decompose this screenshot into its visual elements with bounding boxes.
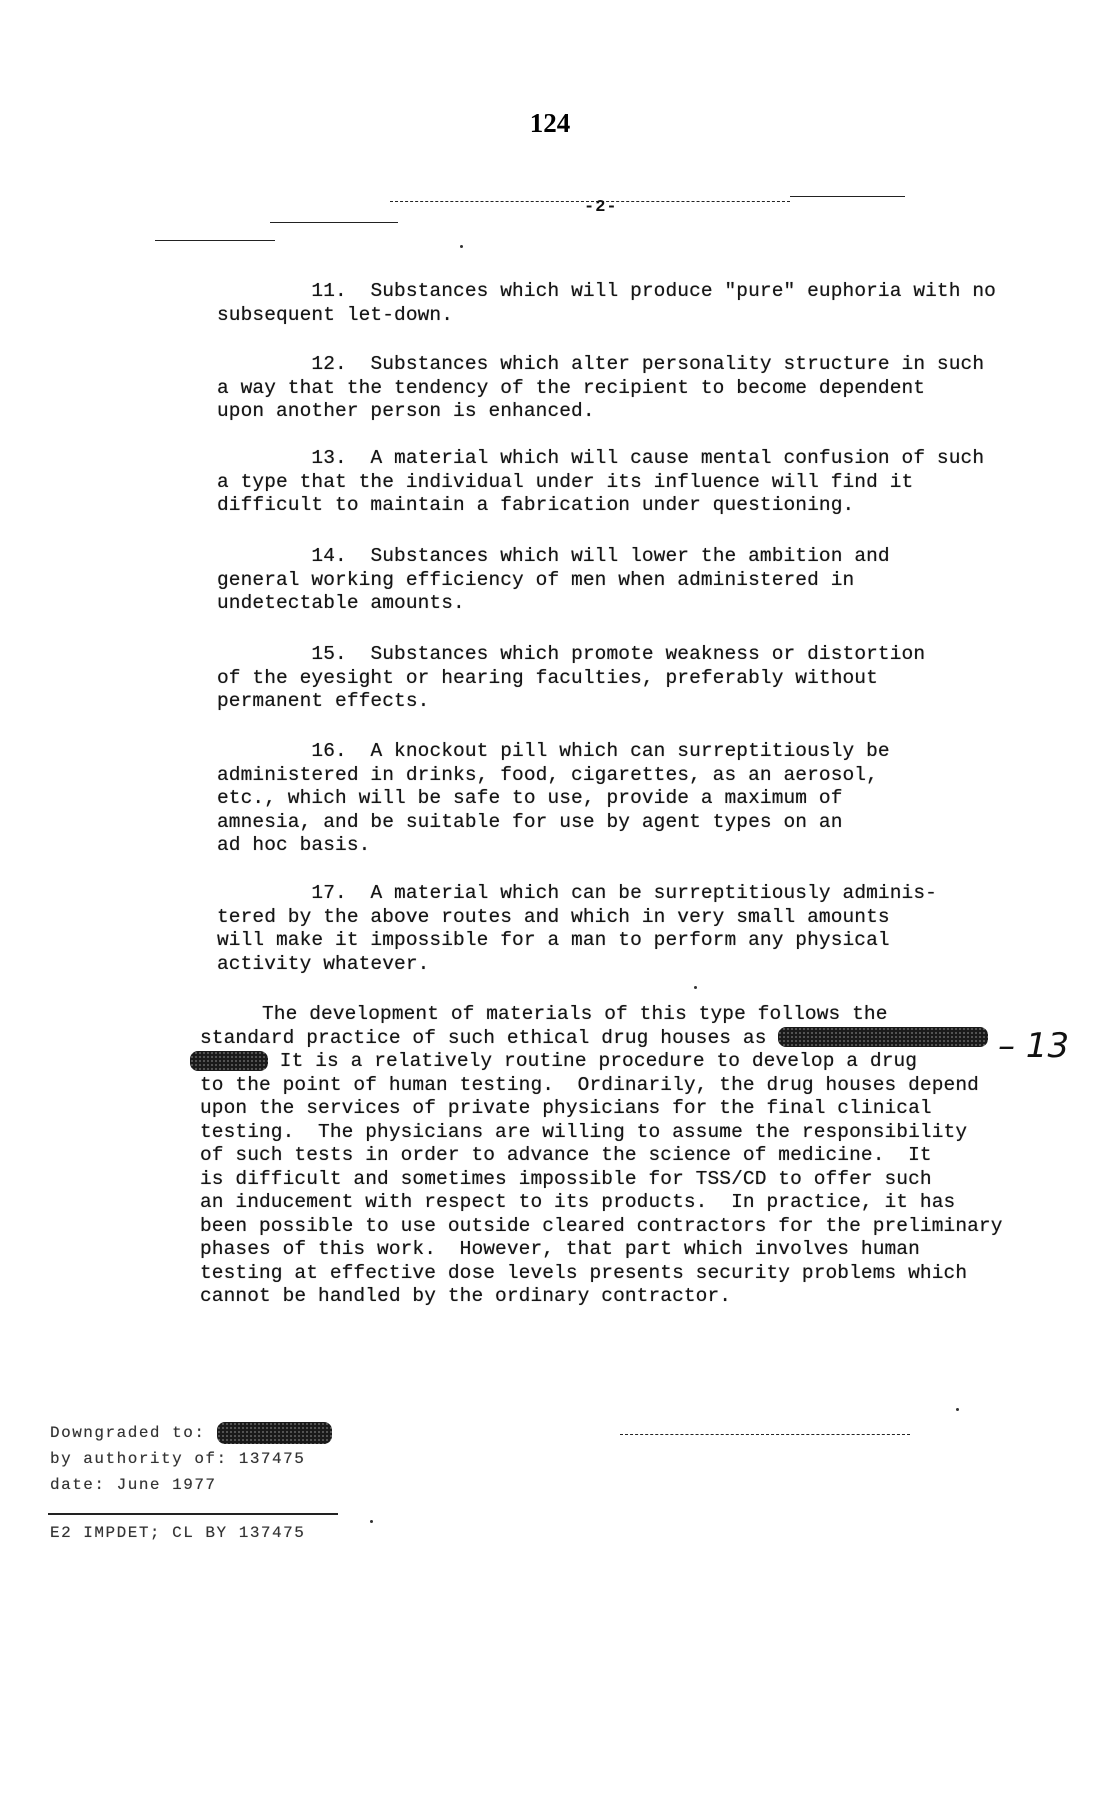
stamp-rule <box>48 1513 338 1515</box>
classification-footer: E2 IMPDET; CL BY 137475 <box>50 1520 305 1546</box>
sheet-number: -2- <box>584 198 618 217</box>
scan-speck <box>694 986 697 989</box>
list-item-11: 11. Substances which will produce "pure"… <box>217 280 1007 327</box>
list-item-17: 17. A material which can be surreptitiou… <box>217 882 1007 976</box>
handwritten-margin-note: – 13 <box>998 1026 1069 1066</box>
header-rule-right <box>790 196 905 197</box>
header-rule-left-2 <box>155 240 275 241</box>
list-item-15: 15. Substances which promote weakness or… <box>217 643 1007 714</box>
list-item-13: 13. A material which will cause mental c… <box>217 447 1007 518</box>
page-number: 124 <box>0 108 1100 139</box>
list-item-16: 16. A knockout pill which can surreptiti… <box>217 740 1007 858</box>
stamp-redaction <box>217 1422 332 1444</box>
redaction-block <box>778 1027 988 1047</box>
scan-speck <box>370 1520 373 1523</box>
footer-rule-right <box>620 1434 910 1435</box>
list-item-14: 14. Substances which will lower the ambi… <box>217 545 1007 616</box>
declassification-stamp: Downgraded to: by authority of: 137475 d… <box>50 1420 332 1498</box>
closing-paragraph: The development of materials of this typ… <box>200 1003 1060 1309</box>
list-item-12: 12. Substances which alter personality s… <box>217 353 1007 424</box>
scan-speck <box>956 1408 959 1411</box>
header-rule-left <box>270 222 398 223</box>
scan-speck <box>460 245 463 248</box>
redaction-block-2 <box>190 1051 268 1071</box>
